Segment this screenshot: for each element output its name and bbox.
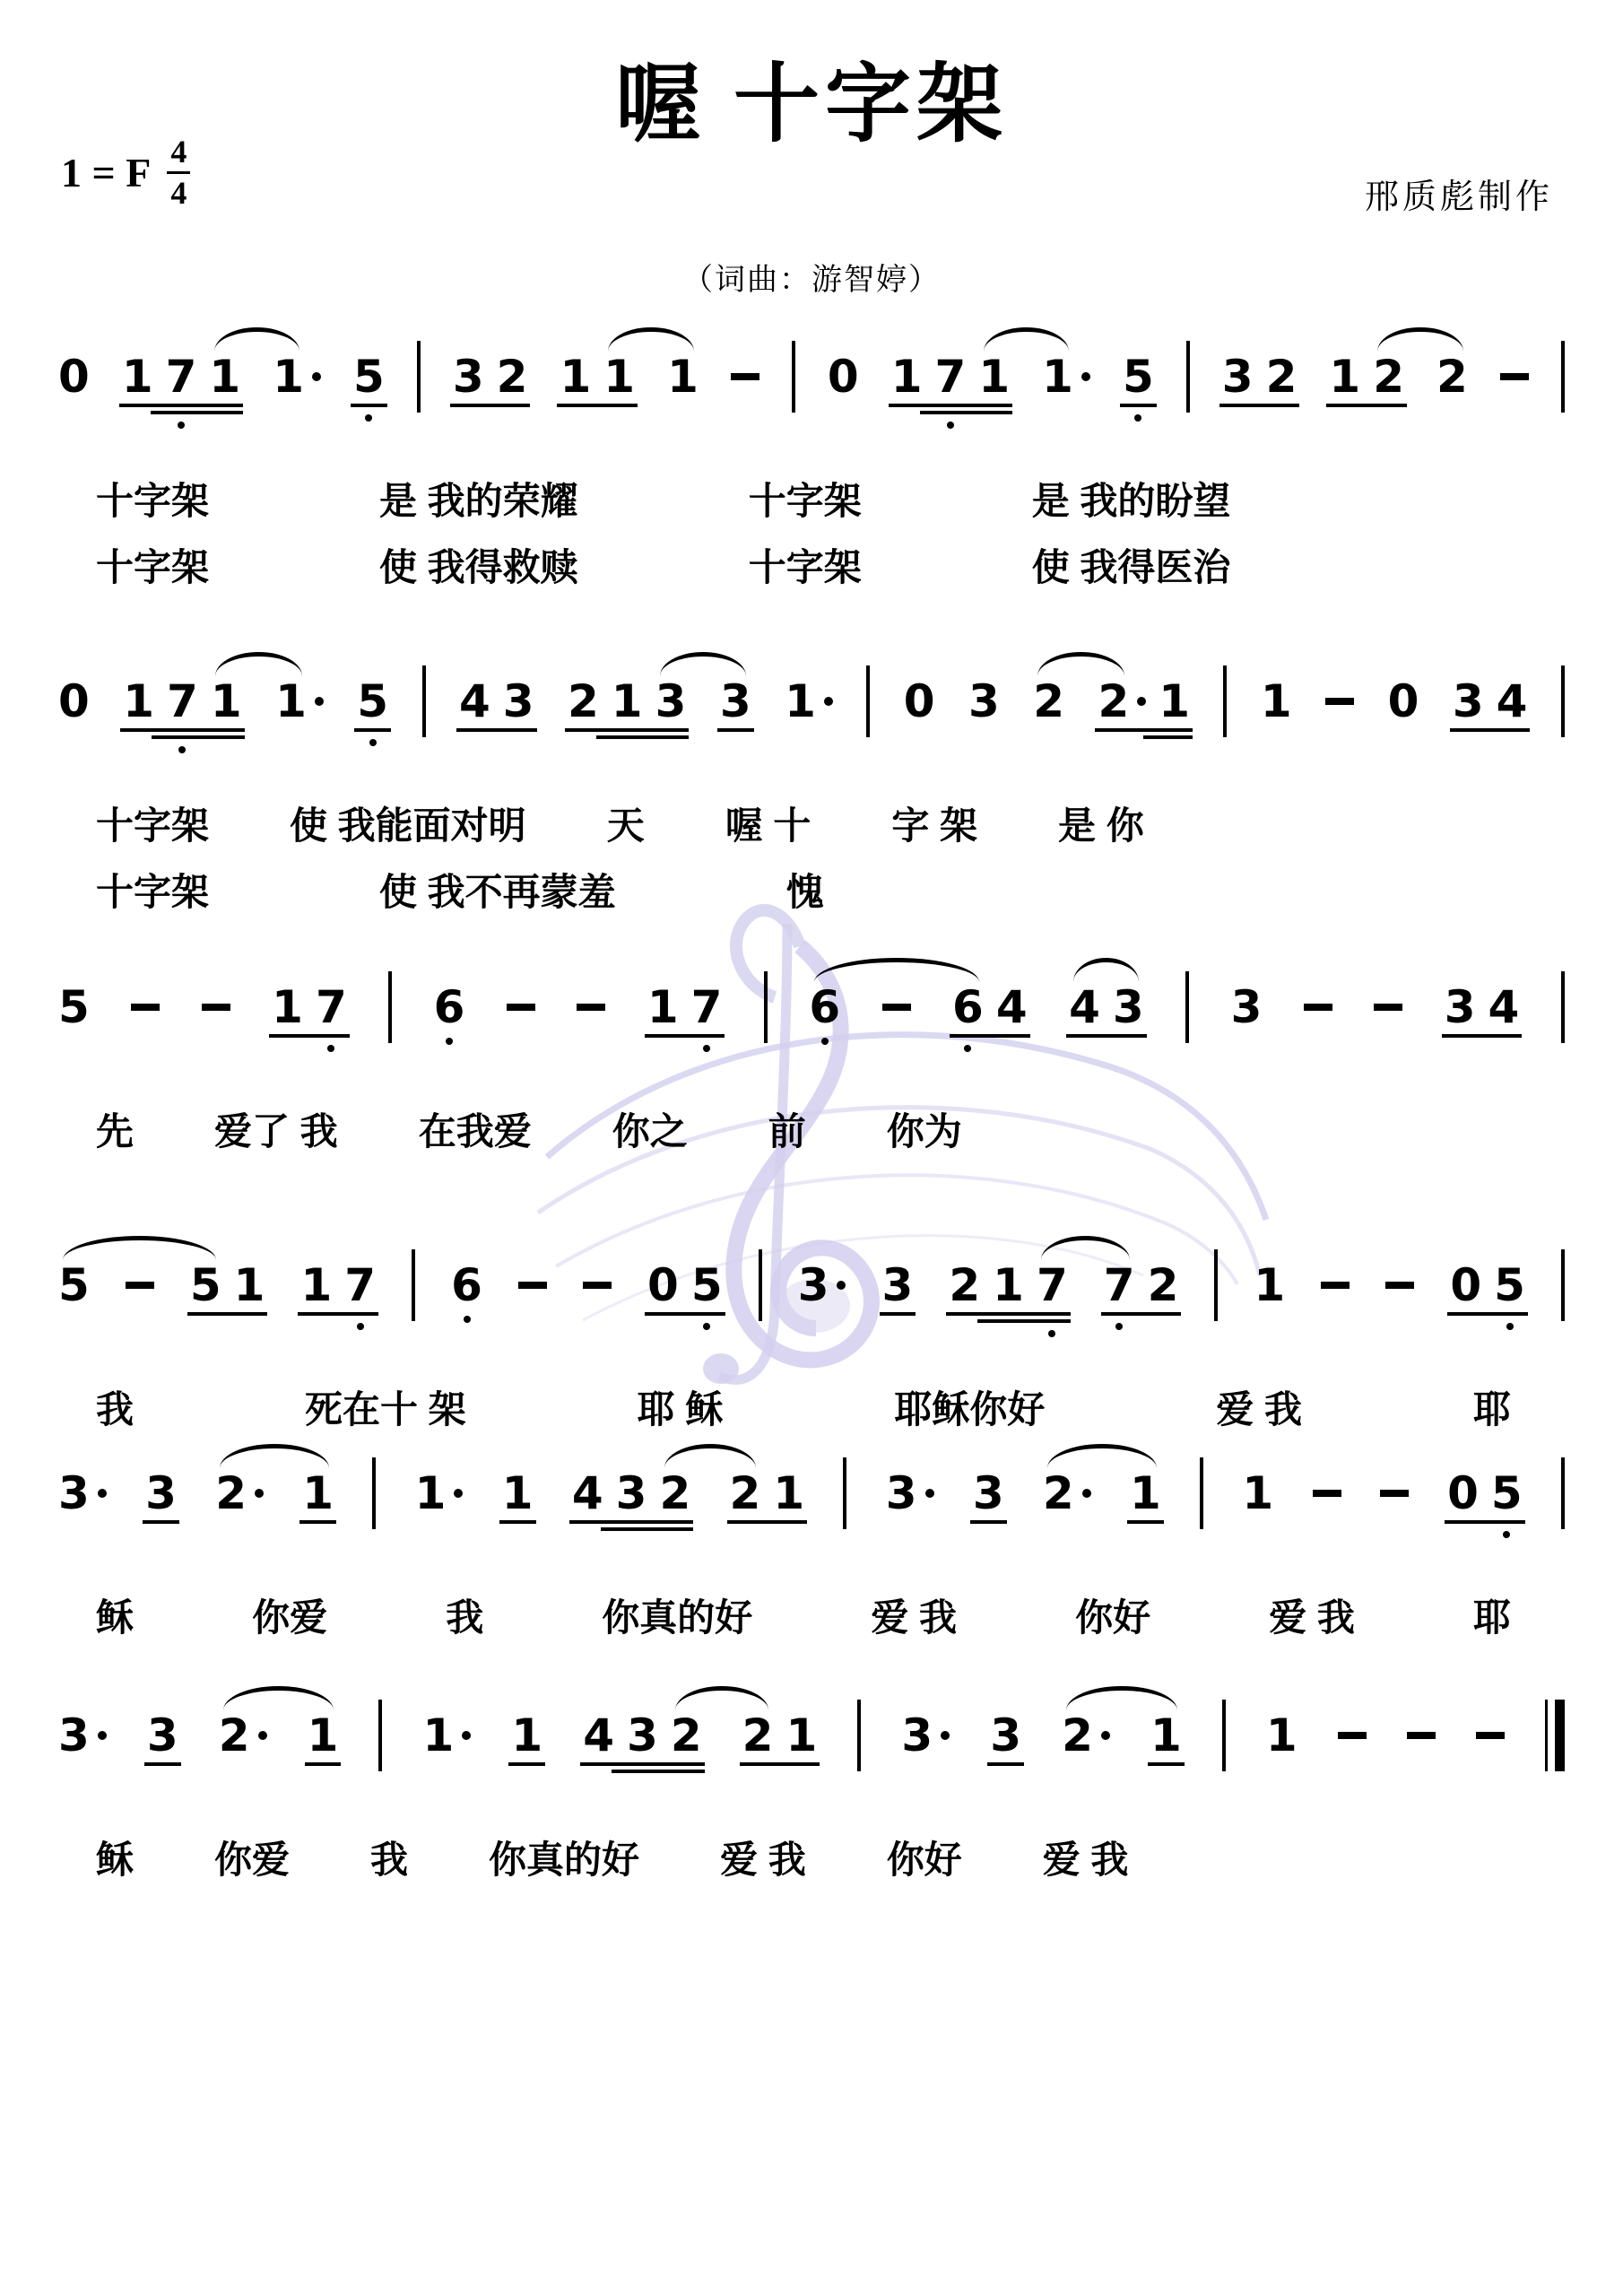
note: 0 (904, 679, 935, 724)
note: 7 (1104, 1263, 1135, 1308)
note-digit: 4 (1497, 679, 1528, 724)
note-digit: 3 (616, 1471, 647, 1516)
note: 1 (603, 354, 635, 399)
note: 1 (234, 1263, 265, 1308)
slur-arc (1377, 327, 1462, 352)
underline-eighth (655, 1762, 705, 1766)
note-digit: 1 (423, 1713, 455, 1758)
note-digit: 2 (568, 679, 599, 724)
lyric-segment: 字 架 (891, 804, 977, 848)
underline-eighth (1251, 404, 1300, 407)
lyric-segment: 爱 我 (1269, 1596, 1355, 1640)
lyric-segment: 你之 (612, 1109, 688, 1154)
note: 2 (1098, 679, 1146, 724)
lyric-segment: 你爱 (214, 1838, 290, 1883)
note: 1 (1242, 1471, 1273, 1516)
beam-group: 2 (215, 1471, 264, 1516)
barline (372, 1457, 376, 1529)
dash-note (202, 1004, 230, 1011)
underline-eighth (963, 404, 1012, 407)
beam-group: 6 (451, 1263, 482, 1308)
note: 5 (357, 679, 388, 724)
note: 1 (1150, 1713, 1182, 1758)
beam-group: 1 (1266, 1713, 1298, 1758)
low-octave-dot (1048, 1330, 1055, 1337)
note: 7 (1037, 1263, 1068, 1308)
lyric-segment: 我 (446, 1596, 483, 1640)
beam-group: 2 (1033, 679, 1064, 724)
note-digit: 0 (1450, 1263, 1481, 1308)
note: 7 (935, 354, 967, 399)
note-digit: 1 (1266, 1713, 1298, 1758)
beam-group: 3 (798, 1263, 846, 1308)
augmentation-dot (454, 1489, 463, 1498)
note-digit: 0 (58, 354, 90, 399)
slur-arc (984, 327, 1069, 352)
note: 3 (145, 1471, 177, 1516)
note-digit: 1 (511, 1713, 542, 1758)
lyric-segment: 稣 (96, 1838, 134, 1883)
dash-note (1325, 698, 1354, 705)
underline-eighth (676, 1312, 725, 1316)
underline-eighth (770, 1762, 820, 1766)
beam-group: 05 (1450, 1263, 1525, 1308)
lyric-segment: 十字架 (749, 545, 862, 590)
dash-note (1304, 1004, 1332, 1011)
underline-sixteenth (977, 1319, 1027, 1323)
beam-group: 34 (1453, 679, 1528, 724)
beam-group: 1 (667, 354, 699, 399)
lyrics-row: 稣你爱我你真的好爱 我你好爱 我 (58, 1838, 1565, 1883)
note-digit: 1 (1254, 1263, 1285, 1308)
slur-arc (220, 1444, 328, 1468)
beam-group: 3 (901, 1713, 950, 1758)
beam-group: 1 (415, 1471, 464, 1516)
note-digit: 1 (1150, 1713, 1182, 1758)
note: 1 (1254, 1263, 1285, 1308)
note: 3 (720, 679, 751, 724)
beam-group: 3 (886, 1471, 934, 1516)
beam-group: 21 (1098, 679, 1190, 724)
note: 3 (1113, 985, 1144, 1030)
beam-group: 3 (1231, 985, 1263, 1030)
note: 5 (58, 985, 90, 1030)
note: 4 (572, 1471, 603, 1516)
lyrics-row: 十字架使 我能面对明天喔 十字 架是 你 (58, 804, 1565, 848)
underline-eighth (987, 1762, 1024, 1766)
beam-group: 34 (1445, 985, 1520, 1030)
note-digit: 6 (434, 985, 465, 1030)
note: 1 (560, 354, 591, 399)
note: 1 (978, 354, 1010, 399)
note: 2 (730, 1471, 761, 1516)
notation-row: 3321114322133211 (58, 1660, 1565, 1805)
barline (866, 665, 870, 737)
beam-group: 3 (968, 679, 1000, 724)
lyric-segment: 你好 (887, 1838, 962, 1883)
beam-group: 5 (357, 679, 388, 724)
note: 2 (1373, 354, 1404, 399)
beam-group: 1 (1042, 354, 1090, 399)
note: 5 (353, 354, 385, 399)
note-digit: 2 (659, 1471, 690, 1516)
note: 4 (459, 679, 490, 724)
beam-group: 1 (1242, 1471, 1273, 1516)
note-digit: 2 (1098, 679, 1129, 724)
note-digit: 1 (502, 1471, 534, 1516)
note-digit: 2 (1062, 1713, 1093, 1758)
beam-group: 0 (828, 354, 859, 399)
barline (1214, 1249, 1218, 1321)
beam-group: 432 (572, 1471, 690, 1516)
note-digit: 1 (1329, 354, 1360, 399)
note: 0 (647, 1263, 679, 1308)
beam-group: 1 (1254, 1263, 1285, 1308)
beam-group: 1 (785, 679, 833, 724)
underline-sixteenth (195, 735, 245, 739)
slur-arc (660, 652, 747, 676)
underline-eighth (977, 1312, 1027, 1316)
note: 6 (451, 1263, 482, 1308)
note-digit: 2 (1266, 354, 1298, 399)
beam-group: 2 (1062, 1713, 1110, 1758)
underline-eighth (1120, 404, 1157, 407)
lyric-segment: 先 (96, 1109, 134, 1154)
note: 7 (344, 1263, 376, 1308)
note: 3 (968, 679, 1000, 724)
note-digit: 1 (1042, 354, 1073, 399)
augmentation-dot (98, 1731, 107, 1740)
augmentation-dot (315, 697, 324, 706)
lyric-segment: 在我爱 (419, 1109, 532, 1154)
beam-group: 6 (434, 985, 465, 1030)
note-digit: 1 (273, 354, 304, 399)
note: 7 (166, 354, 197, 399)
note-digit: 1 (1261, 679, 1292, 724)
underline-eighth (482, 404, 531, 407)
underline-sixteenth (1021, 1319, 1071, 1323)
barline (1223, 665, 1227, 737)
beam-group: 213 (568, 679, 686, 724)
beam-group: 1 (502, 1471, 534, 1516)
beam-group: 17 (272, 985, 347, 1030)
note-digit: 1 (234, 1263, 265, 1308)
note-digit: 7 (344, 1263, 376, 1308)
underline-eighth (1095, 728, 1149, 732)
note: 0 (828, 354, 859, 399)
note-digit: 3 (720, 679, 751, 724)
underline-eighth (920, 404, 969, 407)
note-digit: 1 (667, 354, 699, 399)
beam-group: 21 (742, 1713, 818, 1758)
barline (764, 971, 768, 1043)
note: 2 (215, 1471, 264, 1516)
beam-group: 1 (275, 679, 324, 724)
augmentation-dot (1081, 372, 1090, 381)
note: 1 (308, 1713, 339, 1758)
note-digit: 3 (627, 1713, 658, 1758)
underline-eighth (1473, 1034, 1523, 1038)
note-digit: 0 (904, 679, 935, 724)
dash-note (1385, 1282, 1414, 1289)
note-digit: 1 (993, 1263, 1024, 1308)
note-digit: 1 (785, 679, 816, 724)
note: 1 (667, 354, 699, 399)
augmentation-dot (312, 372, 321, 381)
beam-group: 5 (353, 354, 385, 399)
note: 3 (990, 1713, 1021, 1758)
note-digit: 1 (209, 354, 240, 399)
beam-group: 3 (58, 1713, 107, 1758)
low-octave-dot (178, 422, 185, 429)
beam-group: 2 (219, 1713, 267, 1758)
note-digit: 4 (583, 1713, 614, 1758)
note: 1 (275, 679, 324, 724)
dash-note (1407, 1732, 1436, 1739)
underline-sixteenth (963, 411, 1012, 414)
note: 0 (1447, 1471, 1479, 1516)
beam-group: 17 (300, 1263, 376, 1308)
note-digit: 5 (691, 1263, 723, 1308)
lyric-segment: 爱了 我 (214, 1109, 338, 1154)
slur-arc (1037, 652, 1124, 676)
note-digit: 1 (603, 354, 635, 399)
barline (1200, 1457, 1203, 1529)
note: 0 (1388, 679, 1419, 724)
beam-group: 2 (1436, 354, 1468, 399)
note-digit: 3 (147, 1713, 178, 1758)
lyrics-row: 十字架使 我不再蒙羞愧 (58, 870, 1565, 915)
lyric-segment: 天 (607, 804, 645, 848)
note: 5 (58, 1263, 90, 1308)
beam-group: 64 (952, 985, 1028, 1030)
lyric-segment: 使 我得医治 (1032, 545, 1231, 590)
note: 1 (273, 354, 321, 399)
beam-group: 3 (990, 1713, 1021, 1758)
note-digit: 7 (316, 985, 347, 1030)
low-octave-dot (446, 1038, 453, 1045)
note-digit: 2 (1373, 354, 1404, 399)
underline-eighth (143, 1520, 179, 1524)
underline-eighth (195, 728, 245, 732)
dash-note (731, 373, 759, 380)
note-digit: 7 (935, 354, 967, 399)
augmentation-dot (824, 697, 833, 706)
note-digit: 4 (572, 1471, 603, 1516)
note: 1 (647, 985, 679, 1030)
low-octave-dot (327, 1045, 334, 1052)
underline-sixteenth (152, 735, 201, 739)
underline-eighth (970, 1520, 1007, 1524)
note-digit: 2 (215, 1471, 247, 1516)
note: 3 (973, 1471, 1004, 1516)
slur-arc (215, 652, 302, 676)
lyric-segment: 喔 十 (725, 804, 811, 848)
note-digit: 2 (1033, 679, 1064, 724)
note: 6 (809, 985, 840, 1030)
underline-eighth (1476, 1520, 1525, 1524)
note-digit: 3 (58, 1713, 90, 1758)
note: 2 (1148, 1263, 1179, 1308)
lyric-segment: 愧 (786, 870, 824, 915)
underline-eighth (717, 728, 754, 732)
note: 1 (1130, 1471, 1161, 1516)
beam-group: 05 (647, 1263, 723, 1308)
slur-arc (223, 1686, 334, 1710)
note-digit: 0 (58, 679, 90, 724)
underline-sixteenth (194, 411, 243, 414)
dash-note (131, 1004, 160, 1011)
note: 2 (949, 1263, 980, 1308)
beam-group: 21 (730, 1471, 805, 1516)
beam-group: 1 (273, 354, 321, 399)
notation-row: 332111432213321105 (58, 1418, 1565, 1563)
note-digit: 3 (1222, 354, 1254, 399)
barline (412, 1249, 415, 1321)
note-digit: 1 (978, 354, 1010, 399)
beam-group: 3 (973, 1471, 1004, 1516)
beam-group: 3 (145, 1471, 177, 1516)
underline-sixteenth (596, 735, 646, 739)
note: 1 (612, 679, 643, 724)
note-digit: 3 (798, 1263, 829, 1308)
notation-row: 0171154321331032211034 (58, 626, 1565, 771)
beam-group: 0 (1388, 679, 1419, 724)
note-digit: 3 (990, 1713, 1021, 1758)
underline-eighth (1133, 1312, 1182, 1316)
system-3: 51761766443334先爱了 我在我爱你之前你为 (58, 932, 1565, 1154)
underline-sixteenth (655, 1770, 705, 1773)
note: 2 (1266, 354, 1298, 399)
lyric-segment: 使 我得救赎 (379, 545, 578, 590)
beam-group: 1 (308, 1713, 339, 1758)
underline-eighth (152, 728, 201, 732)
note: 0 (58, 679, 90, 724)
underline-eighth (640, 728, 690, 732)
note-digit: 1 (272, 985, 303, 1030)
slur-arc (608, 327, 693, 352)
note-digit: 1 (300, 1263, 332, 1308)
underline-sixteenth (640, 735, 690, 739)
note-digit: 3 (882, 1263, 914, 1308)
note-digit: 2 (497, 354, 528, 399)
lyric-segment: 十字架 (96, 804, 209, 848)
note-digit: 4 (1069, 985, 1100, 1030)
note: 1 (1159, 679, 1190, 724)
note: 1 (415, 1471, 464, 1516)
note-digit: 7 (691, 985, 723, 1030)
note: 7 (691, 985, 723, 1030)
note: 3 (1453, 679, 1484, 724)
low-octave-dot (365, 414, 372, 422)
lyric-segment: 是 我的荣耀 (379, 479, 578, 524)
underline-eighth (676, 1034, 725, 1038)
note-digit: 3 (503, 679, 534, 724)
note-digit: 7 (167, 679, 198, 724)
score: 0171153211101711532122十字架是 我的荣耀十字架是 我的盼望… (0, 0, 1623, 2296)
lyric-segment: 爱 我 (1043, 1838, 1129, 1883)
note: 2 (1436, 354, 1468, 399)
underline-eighth (981, 1034, 1030, 1038)
note: 4 (1069, 985, 1100, 1030)
note-digit: 7 (166, 354, 197, 399)
final-barline-thin (1545, 1700, 1548, 1771)
page: 喔 十字架 1 = F 4 4 邢质彪制作 （词曲：游智婷） 017115321… (0, 0, 1623, 2296)
lyric-segment: 十字架 (96, 545, 209, 590)
note: 1 (302, 1471, 334, 1516)
note-digit: 5 (1491, 1471, 1523, 1516)
beam-group: 0 (904, 679, 935, 724)
note-digit: 1 (612, 679, 643, 724)
augmentation-dot (255, 1489, 264, 1498)
note-digit: 1 (123, 679, 154, 724)
note: 1 (1329, 354, 1360, 399)
note-digit: 3 (655, 679, 687, 724)
low-octave-dot (178, 746, 186, 753)
beam-group: 43 (1069, 985, 1144, 1030)
note: 0 (1450, 1263, 1481, 1308)
note-digit: 2 (1436, 354, 1468, 399)
note: 3 (453, 354, 484, 399)
beam-group: 1 (302, 1471, 334, 1516)
underline-sixteenth (920, 411, 969, 414)
note-digit: 7 (1037, 1263, 1068, 1308)
barline (378, 1700, 382, 1771)
note: 3 (503, 679, 534, 724)
system-2: 0171154321331032211034十字架使 我能面对明天喔 十字 架是… (58, 626, 1565, 916)
note-digit: 3 (145, 1471, 177, 1516)
beam-group: 5 (58, 1263, 90, 1308)
lyric-segment: 你真的好 (602, 1596, 752, 1640)
slur-arc (1073, 958, 1139, 982)
augmentation-dot (258, 1731, 267, 1740)
lyric-segment: 稣 (96, 1596, 134, 1640)
underline-eighth (1143, 728, 1193, 732)
underline-eighth (601, 1520, 650, 1524)
beam-group: 1 (1130, 1471, 1161, 1516)
note: 1 (272, 985, 303, 1030)
underline-eighth (194, 404, 243, 407)
note-digit: 3 (886, 1471, 917, 1516)
note: 3 (616, 1471, 647, 1516)
beam-group: 12 (1329, 354, 1404, 399)
lyric-segment: 耶 (1473, 1596, 1511, 1640)
dash-note (1313, 1490, 1341, 1497)
beam-group: 1 (1261, 679, 1292, 724)
beam-group: 43 (459, 679, 534, 724)
note: 3 (147, 1713, 178, 1758)
note: 3 (58, 1471, 107, 1516)
note: 0 (58, 354, 90, 399)
note: 1 (785, 679, 833, 724)
underline-eighth (596, 728, 646, 732)
note: 1 (1042, 354, 1090, 399)
system-1: 0171153211101711532122十字架是 我的荣耀十字架是 我的盼望… (58, 301, 1565, 591)
note: 1 (773, 1471, 804, 1516)
underline-eighth (499, 1520, 536, 1524)
dash-note (882, 1004, 911, 1011)
note-digit: 0 (647, 1263, 679, 1308)
underline-eighth (300, 1034, 350, 1038)
beam-group: 3 (882, 1263, 914, 1308)
augmentation-dot (1082, 1489, 1091, 1498)
underline-eighth (144, 1762, 181, 1766)
slur-arc (1047, 1444, 1156, 1468)
note-digit: 3 (453, 354, 484, 399)
note-digit: 1 (122, 354, 153, 399)
beam-group: 11 (560, 354, 635, 399)
note-digit: 2 (219, 1713, 250, 1758)
